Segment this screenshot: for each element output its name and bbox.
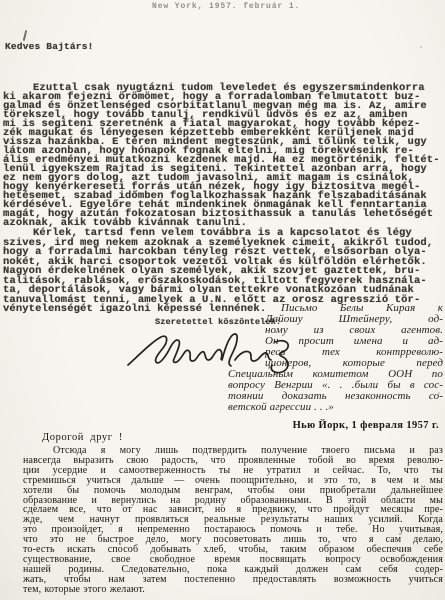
printed-dateline: Нью Йорк, 1 февраля 1957 г. <box>293 420 439 431</box>
caption-russian-full-width: Специальным комитетом ООН повопросу Венг… <box>228 369 443 413</box>
scan-speck <box>438 392 440 394</box>
scan-speck <box>420 46 422 48</box>
scan-speck <box>8 140 10 143</box>
text-line: ветской агрессии . . .» <box>228 402 443 413</box>
typed-paragraph-1: Ezuttal csak nyugtázni tudom leveledet é… <box>3 84 443 228</box>
pen-mark <box>23 30 27 41</box>
caption-russian-column: Письмо Белы Кирая кЛайошу Штейнеру, од-н… <box>265 303 443 370</box>
printed-paragraph: Отсюда я могу лишь подтвердить получение… <box>23 446 443 595</box>
typed-salutation: Kedves Bajtárs! <box>5 41 94 52</box>
scanned-letter-page: New York, 1957. február 1. Kedves Bajtár… <box>0 0 445 600</box>
printed-salutation: Дорогой друг ! <box>42 432 123 443</box>
text-line: тем, которые этого желают. <box>23 585 443 595</box>
typed-closing: Szeretettel köszöntelek: <box>155 317 281 327</box>
typed-dateline: New York, 1957. február 1. <box>152 2 300 11</box>
